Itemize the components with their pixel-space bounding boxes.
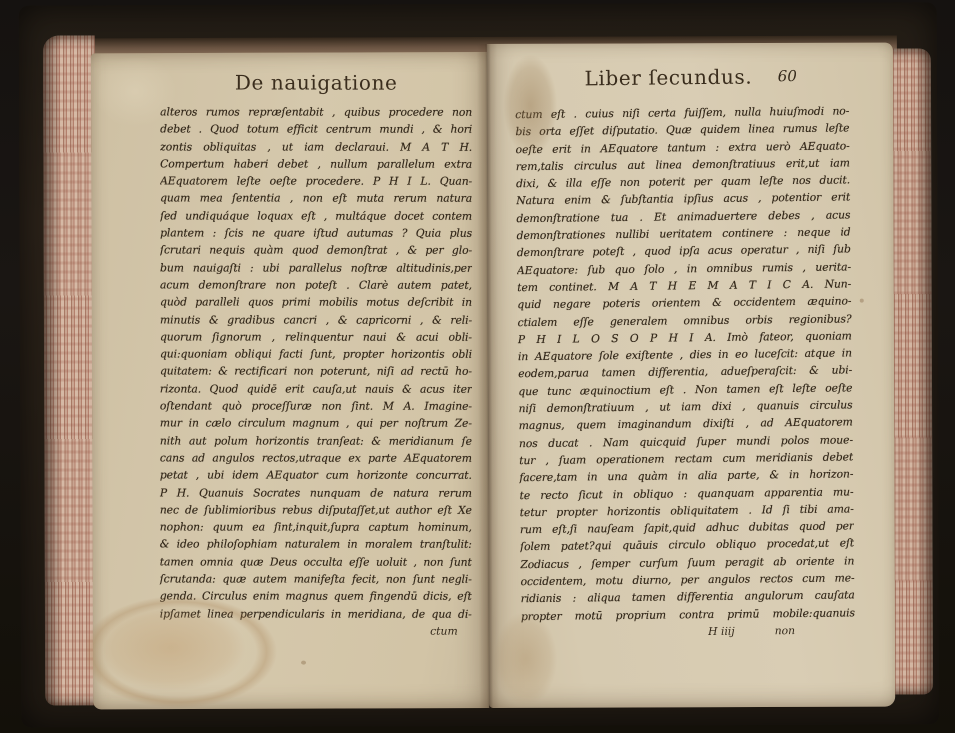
text-line: cans ad angulos rectos,utraque ex parte … <box>160 449 472 467</box>
fore-edge-left <box>43 35 97 705</box>
text-line: quitatem: & rectificari non poterunt, ni… <box>160 363 472 381</box>
fore-edge-right <box>891 48 933 694</box>
page-number: 60 <box>778 67 797 85</box>
text-line: ſcrutari nequis quàm quod demonſtrat , &… <box>160 242 472 260</box>
text-line: mur in cælo circulum magnum , qui per no… <box>160 415 472 433</box>
right-text-block: ctum eſt . cuius niſi certa fuiſſem, nul… <box>515 102 855 625</box>
foxing-speck <box>860 299 864 303</box>
text-line: alteros rumos repræſentabit , quibus pro… <box>160 103 472 121</box>
text-line: plantem : ſcis ne quare iſtud autumas ? … <box>160 225 472 243</box>
gathering-signature: H iiij <box>708 623 735 641</box>
left-catchword: ctum <box>160 622 472 640</box>
left-text-block: alteros rumos repræſentabit , quibus pro… <box>160 103 472 622</box>
text-line: Compertum haberi debet , nullum parallel… <box>160 155 472 173</box>
right-catchword: non <box>775 622 796 640</box>
text-line: zontis obliquitas , ut iam declaraui. M … <box>160 138 472 156</box>
text-line: debet . Quod totum efficit centrum mundi… <box>160 121 472 139</box>
text-line: genda. Circulus enim magnus quem fingend… <box>160 588 472 606</box>
text-line: tamen omnia quæ Deus occulta eſſe uoluit… <box>160 553 472 571</box>
text-line: oſtendant quò proceſſuræ non ſint. M A. … <box>160 397 472 415</box>
text-line: bum nauigaſti : ubi parallelus noſtræ al… <box>160 259 472 277</box>
left-running-header: De nauigatione <box>160 70 472 94</box>
text-line: quòd paralleli quos primi mobilis motus … <box>160 294 472 312</box>
foxing-speck <box>301 661 306 665</box>
text-line: P H. Quanuis Socrates nunquam de natura … <box>160 484 472 502</box>
text-line: rizonta. Quod quidē erit cauſa,ut nauis … <box>160 380 472 398</box>
right-page-content: Liber ſecundus. 60 ctum eſt . cuius niſi… <box>515 63 856 642</box>
right-running-header: Liber ſecundus. <box>584 64 752 90</box>
text-line: ſed undiquáque loquax eſt , multáque doc… <box>160 207 472 225</box>
text-line: nec de ſublimioribus rebus diſputaſſet,u… <box>160 501 472 519</box>
text-line: ſcrutanda: quæ autem manifeſta fecit, no… <box>160 570 472 588</box>
text-line: quorum ſignorum , relinquentur naui & ac… <box>160 328 472 346</box>
gutter-shadow <box>477 44 499 708</box>
text-line: AEquatorem leſte oeſte procedere. P H I … <box>160 173 472 191</box>
text-line: minutis & gradibus cancri , & capricorni… <box>160 311 472 329</box>
text-line: quam mea ſententia , non eſt muta rerum … <box>160 190 472 208</box>
right-header-row: Liber ſecundus. 60 <box>515 63 849 97</box>
left-page: De nauigatione alteros rumos repræſentab… <box>91 52 489 709</box>
book: De nauigatione alteros rumos repræſentab… <box>0 0 955 733</box>
left-page-content: De nauigatione alteros rumos repræſentab… <box>160 70 472 639</box>
text-line: petat , ubi idem AEquator cum horizonte … <box>160 467 472 485</box>
text-line: qui:quoniam obliqui facti ſunt, propter … <box>160 346 472 364</box>
text-line: & ideo philoſophiam naturalem in moralem… <box>160 536 472 554</box>
text-line: nophon: quum ea ſint,inquit,ſupra captum… <box>160 519 472 537</box>
text-line: acum demonſtrare non poteſt . Clarè aute… <box>160 276 472 294</box>
text-line: nith aut polum horizontis tranſeat: & me… <box>160 432 472 450</box>
right-page: Liber ſecundus. 60 ctum eſt . cuius niſi… <box>487 43 895 708</box>
scanned-book-photo: De nauigatione alteros rumos repræſentab… <box>0 0 955 733</box>
text-line: ipſamet linea perpendicularis in meridia… <box>160 605 472 623</box>
